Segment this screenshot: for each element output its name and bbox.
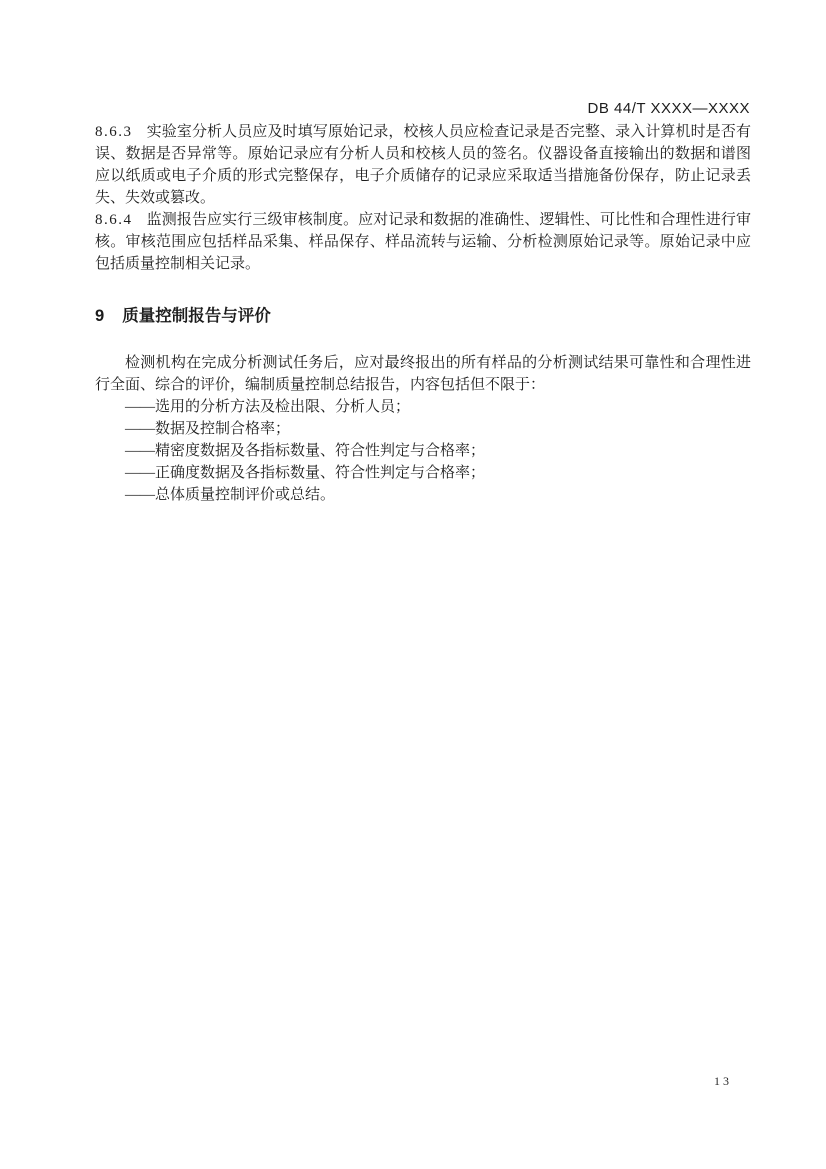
clause-8-6-4-text: 监测报告应实行三级审核制度。应对记录和数据的准确性、逻辑性、可比性和合理性进行审… (95, 212, 751, 272)
clause-8-6-4: 8.6.4监测报告应实行三级审核制度。应对记录和数据的准确性、逻辑性、可比性和合… (95, 209, 751, 275)
clause-8-6-3-text: 实验室分析人员应及时填写原始记录，校核人员应检查记录是否完整、录入计算机时是否有… (95, 124, 751, 206)
list-item: ——总体质量控制评价或总结。 (95, 484, 751, 506)
list-item: ——选用的分析方法及检出限、分析人员； (95, 396, 751, 418)
page-number: 13 (714, 1074, 732, 1089)
document-content: 8.6.3实验室分析人员应及时填写原始记录，校核人员应检查记录是否完整、录入计算… (95, 121, 751, 506)
document-page: DB 44/T XXXX—XXXX 8.6.3实验室分析人员应及时填写原始记录，… (0, 0, 826, 1169)
section-9-title: 质量控制报告与评价 (122, 307, 271, 325)
standard-number-header: DB 44/T XXXX—XXXX (588, 100, 750, 117)
clause-8-6-4-number: 8.6.4 (95, 212, 133, 228)
section-9-intro-paragraph: 检测机构在完成分析测试任务后，应对最终报出的所有样品的分析测试结果可靠性和合理性… (95, 352, 751, 396)
section-9-dash-list: ——选用的分析方法及检出限、分析人员； ——数据及控制合格率； ——精密度数据及… (95, 396, 751, 506)
list-item: ——精密度数据及各指标数量、符合性判定与合格率； (95, 440, 751, 462)
clause-8-6-3: 8.6.3实验室分析人员应及时填写原始记录，校核人员应检查记录是否完整、录入计算… (95, 121, 751, 209)
clause-8-6-3-number: 8.6.3 (95, 124, 133, 140)
section-9-number: 9 (95, 307, 104, 325)
section-9-heading: 9质量控制报告与评价 (95, 305, 751, 327)
list-item: ——数据及控制合格率； (95, 418, 751, 440)
list-item: ——正确度数据及各指标数量、符合性判定与合格率； (95, 462, 751, 484)
